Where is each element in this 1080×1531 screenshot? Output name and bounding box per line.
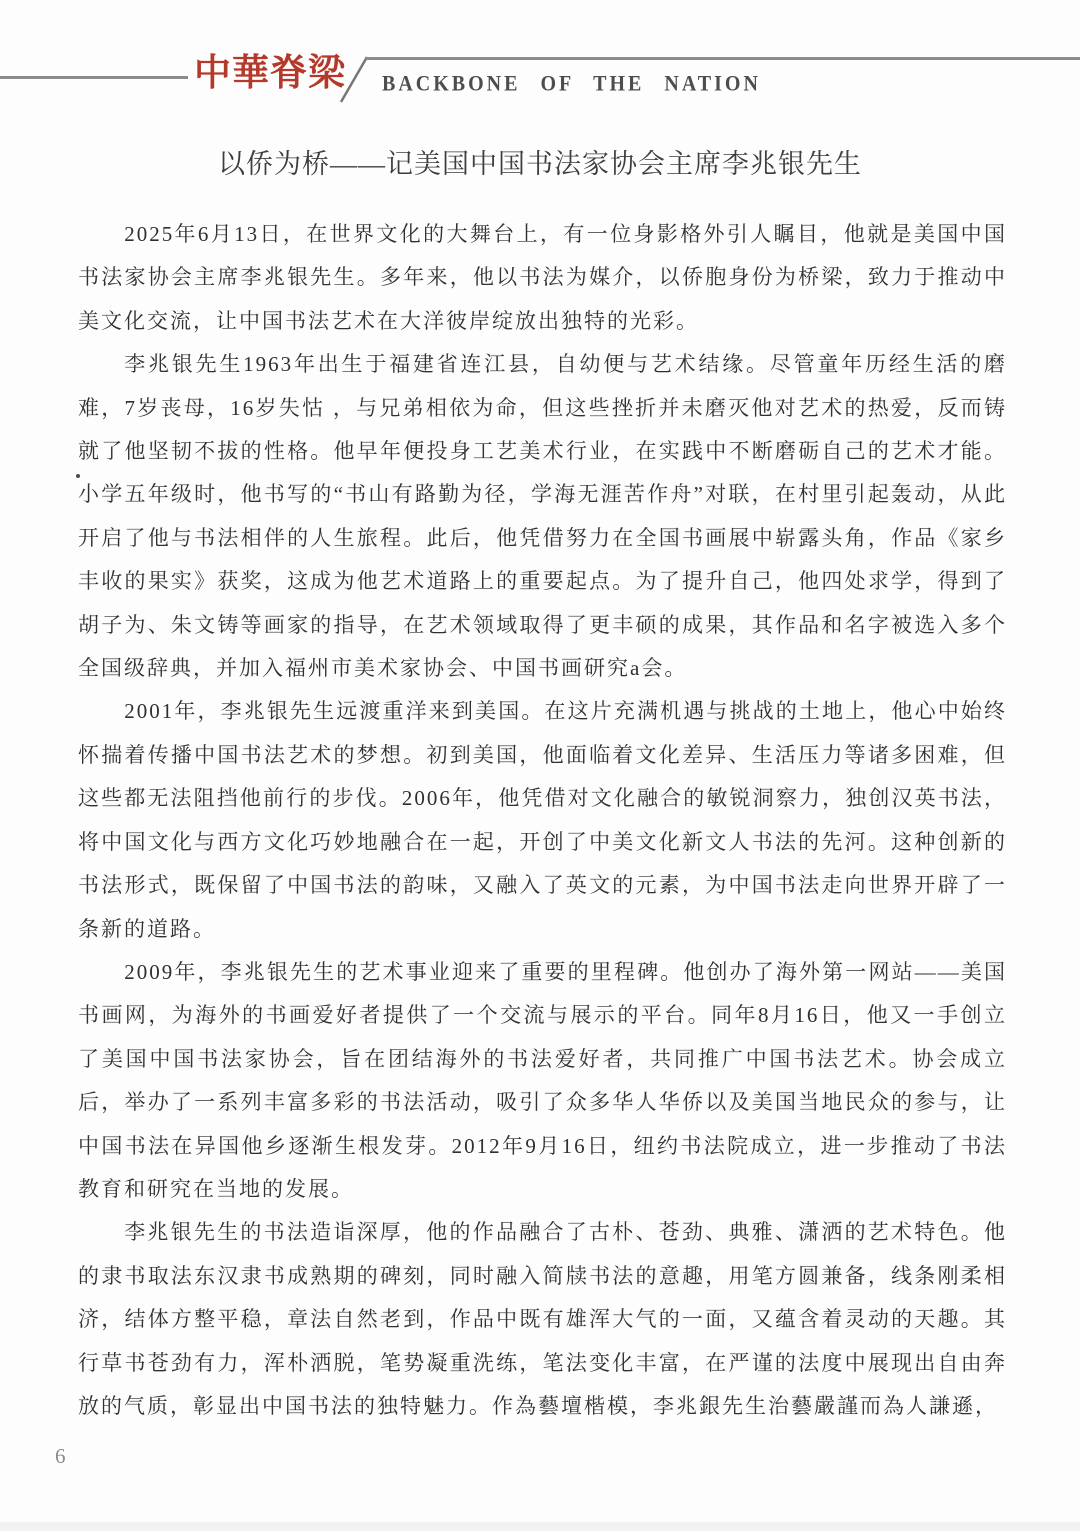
stray-ink-dot <box>76 474 80 478</box>
header-left-rule <box>0 76 188 79</box>
page-number: 6 <box>55 1444 66 1469</box>
article-paragraph: 2009年，李兆银先生的艺术事业迎来了重要的里程碑。他创办了海外第一网站——美国… <box>78 951 1007 1211</box>
article-title: 以侨为桥——记美国中国书法家协会主席李兆银先生 <box>0 142 1080 181</box>
magazine-page: 中華脊梁 BACKBONE OF THE NATION 以侨为桥——记美国中国书… <box>0 0 1080 1531</box>
article-paragraph: 2001年，李兆银先生远渡重洋来到美国。在这片充满机遇与挑战的土地上，他心中始终… <box>78 690 1007 950</box>
bottom-edge-strip <box>0 1522 1080 1531</box>
magazine-logo: 中華脊梁 <box>194 54 346 91</box>
magazine-subtitle-english: BACKBONE OF THE NATION <box>382 72 761 97</box>
article-body: 2025年6月13日，在世界文化的大舞台上，有一位身影格外引人瞩目，他就是美国中… <box>78 213 1007 1428</box>
header-right-rule <box>366 57 1080 60</box>
slash-divider-icon <box>338 54 370 104</box>
article-paragraph: 2025年6月13日，在世界文化的大舞台上，有一位身影格外引人瞩目，他就是美国中… <box>78 213 1007 343</box>
article-paragraph: 李兆银先生的书法造诣深厚，他的作品融合了古朴、苍劲、典雅、潇洒的艺术特色。他的隶… <box>78 1211 1007 1428</box>
article-paragraph: 李兆银先生1963年出生于福建省连江县，自幼便与艺术结缘。尽管童年历经生活的磨难… <box>78 343 1007 690</box>
